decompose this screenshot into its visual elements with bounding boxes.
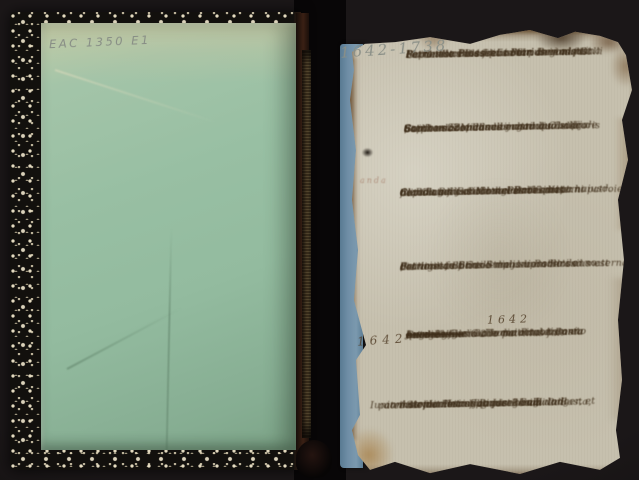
archival-book-scan: EAC 1350 E1 Guillermus filius Petri Bert… bbox=[0, 0, 639, 480]
manuscript-line: Petronilla Borre — bbox=[400, 260, 493, 274]
archive-call-number: EAC 1350 E1 bbox=[49, 33, 151, 51]
stain-blotch bbox=[614, 118, 632, 230]
parchment-sheet: Guillermus filius Petri Bertod et Pernet… bbox=[350, 30, 636, 478]
stain-blotch bbox=[350, 464, 636, 478]
page-edges bbox=[302, 50, 311, 438]
spine-cap bbox=[296, 440, 332, 478]
paper-crease bbox=[67, 307, 183, 370]
manuscript-page: Guillermus filius Petri Bertod et Pernet… bbox=[338, 30, 636, 478]
manuscript-line: Guillermoza bbox=[404, 123, 465, 135]
left-cover-board: EAC 1350 E1 bbox=[10, 12, 301, 470]
paper-crease bbox=[55, 69, 217, 123]
manuscript-line: Clauda Bonzon Cona Petri Gallet bbox=[400, 185, 564, 199]
manuscript-line: Iunia matrina Petri hugonis Bozali bbox=[370, 398, 542, 412]
green-endpaper: EAC 1350 E1 bbox=[41, 23, 296, 450]
manuscript-line: Carnalhi bbox=[406, 329, 449, 341]
interlined-year-note: 1642 bbox=[487, 312, 531, 327]
ink-spot bbox=[362, 148, 373, 157]
stain-blotch bbox=[608, 278, 630, 420]
margin-scribble-note: anda bbox=[360, 176, 388, 185]
paper-crease bbox=[166, 228, 173, 450]
stain-blotch bbox=[610, 44, 639, 88]
